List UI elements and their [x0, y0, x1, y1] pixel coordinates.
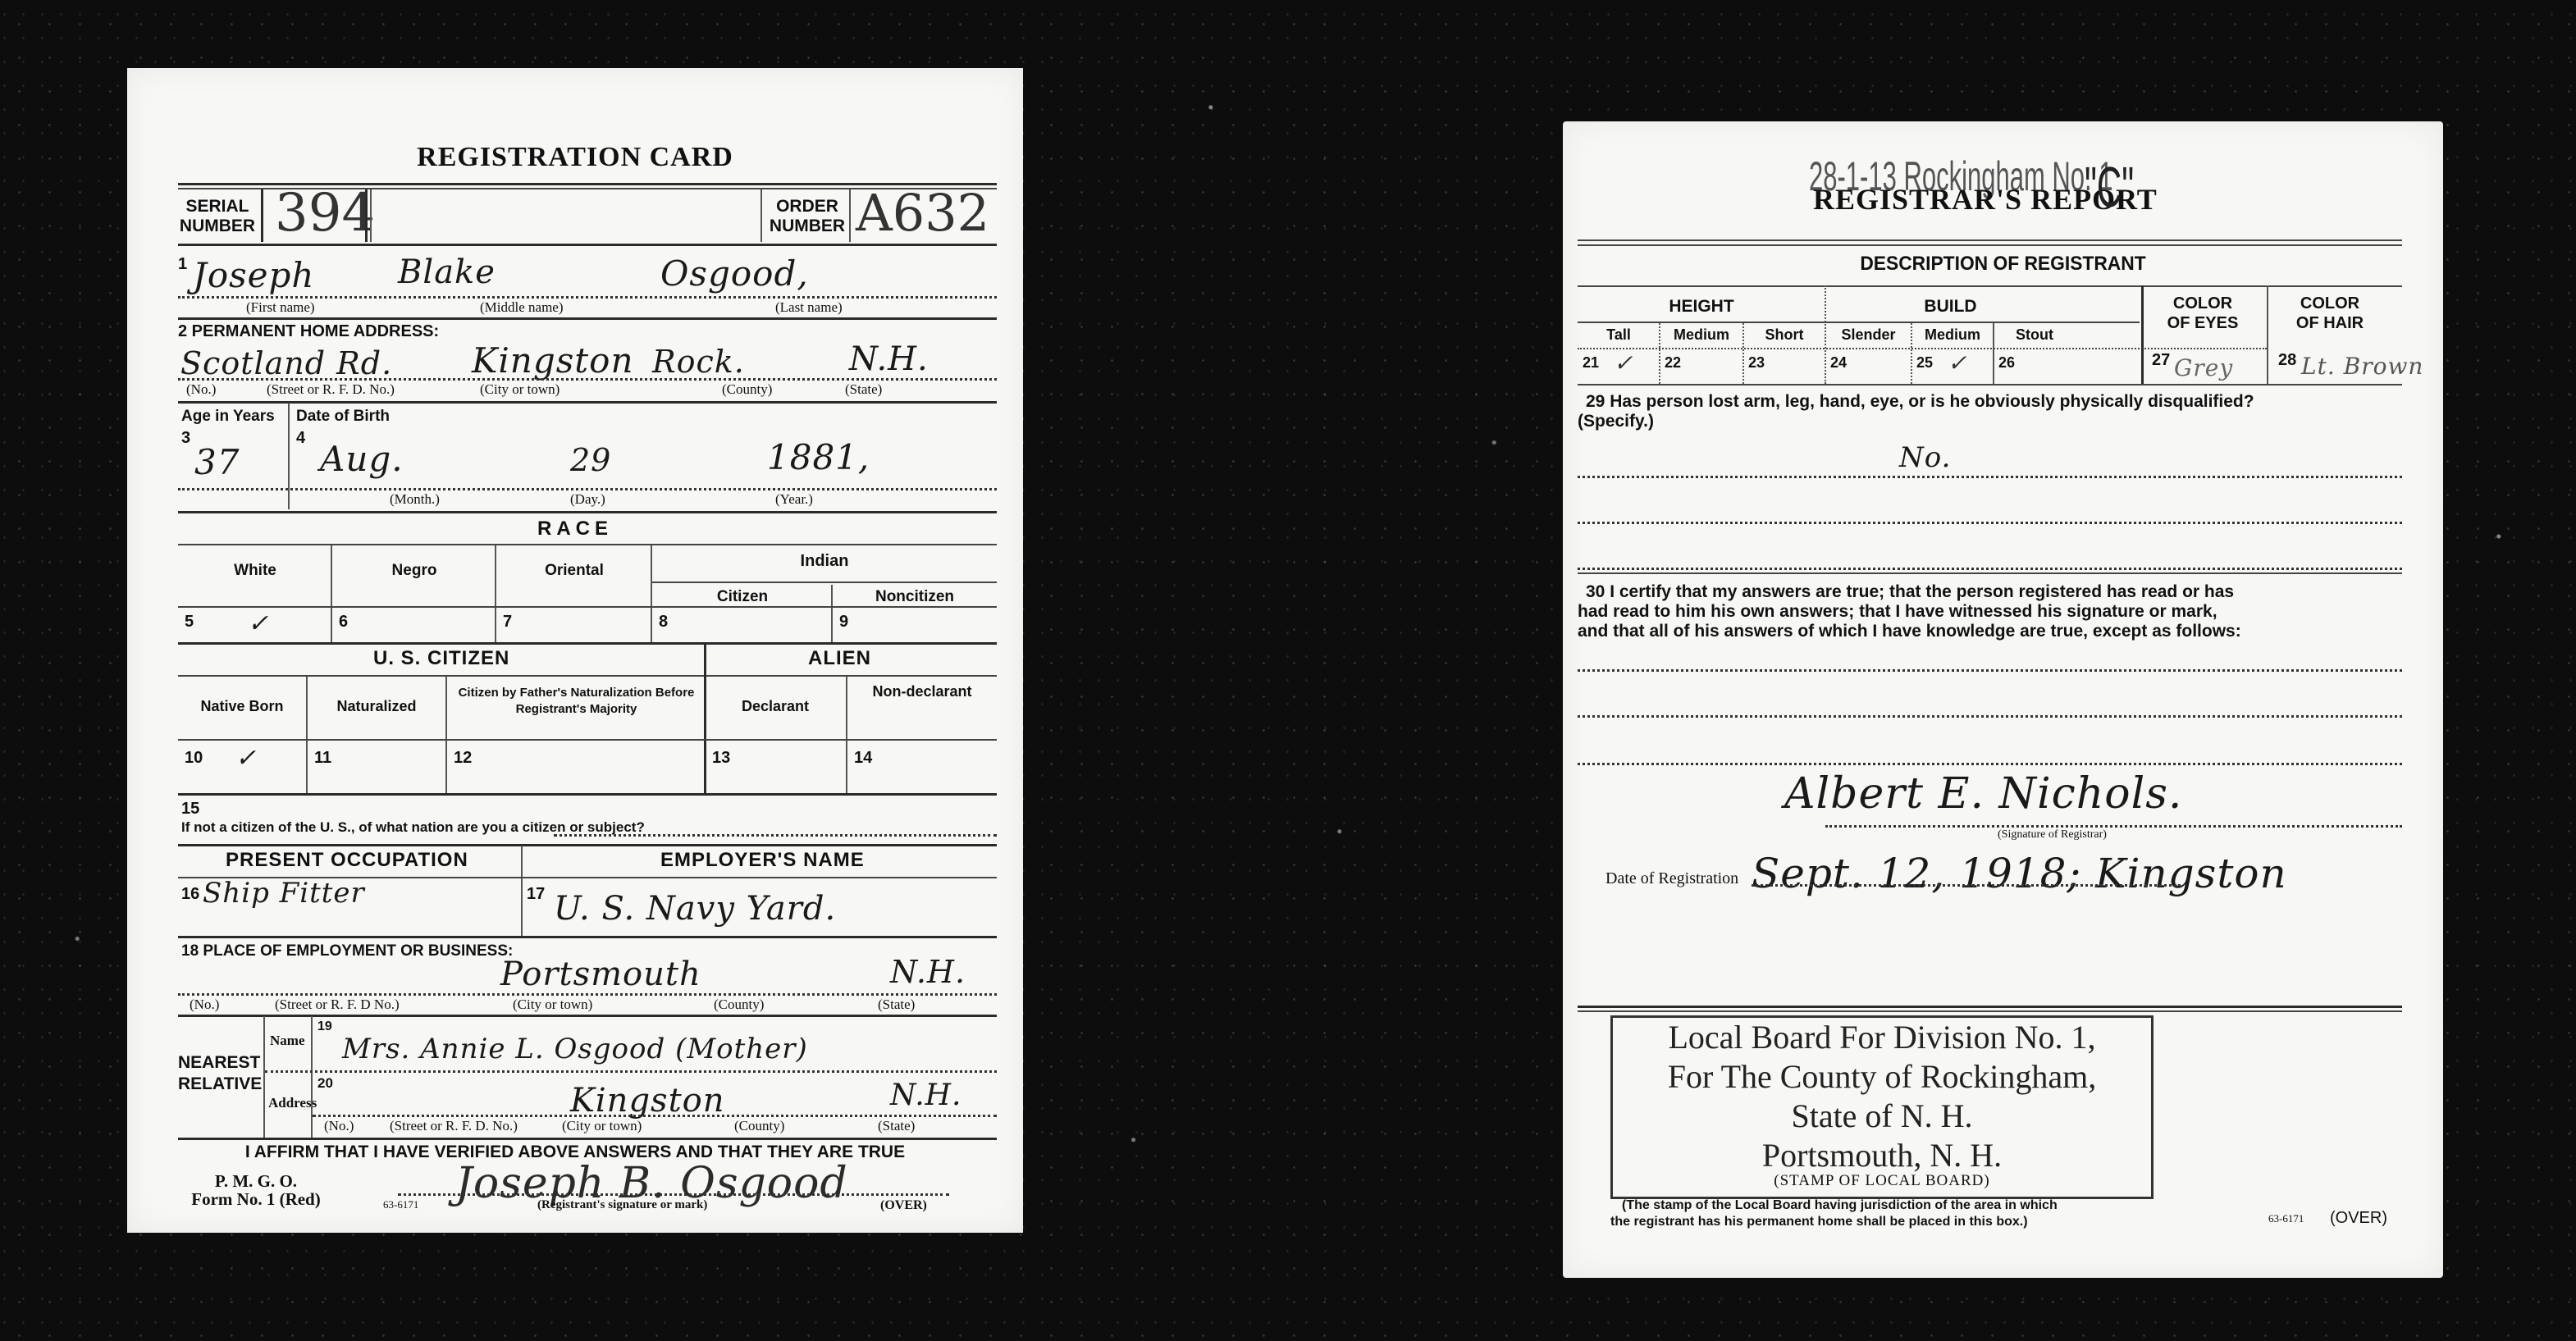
description-column-label: Slender: [1825, 326, 1911, 344]
order-label-1: ORDER: [767, 197, 847, 217]
height-title: HEIGHT: [1578, 297, 1825, 317]
serial-label-2: NUMBER: [178, 217, 257, 236]
field-number: 22: [1665, 354, 1681, 372]
registrar-signature: Albert E. Nichols.: [1784, 769, 2182, 819]
local-board-stamp: Local Board For Division No. 1, For The …: [1610, 1015, 2154, 1199]
stamp-line: Local Board For Division No. 1,: [1613, 1018, 2151, 1056]
emp-state-label: (State): [878, 997, 915, 1013]
field-number: 6: [339, 613, 348, 632]
q30-line-2: had read to him his own answers; that I …: [1578, 602, 2241, 622]
relative-state: N.H.: [890, 1079, 961, 1112]
field-number: 5: [185, 613, 194, 632]
stamp-line: State of N. H.: [1613, 1097, 2151, 1135]
employment-place-label: 18 PLACE OF EMPLOYMENT OR BUSINESS:: [181, 942, 513, 960]
rel-city-label: (City or town): [562, 1118, 642, 1134]
registrar-signature-label: (Signature of Registrar): [1998, 828, 2107, 842]
field-number: 9: [839, 613, 848, 632]
description-column-label: Medium: [1911, 326, 1994, 344]
footnote-line-2: the registrant has his permanent home sh…: [1610, 1214, 2058, 1230]
citizenship-column-label: Citizen by Father's Naturalization Befor…: [447, 685, 706, 718]
hair-title-2: OF HAIR: [2268, 313, 2391, 333]
first-name-label: (First name): [246, 299, 315, 316]
home-city: Kingston: [472, 340, 634, 381]
description-column-label: Medium: [1660, 326, 1743, 344]
alien-title: ALIEN: [808, 647, 871, 670]
hair-title-1: COLOR: [2268, 294, 2391, 313]
field-number: 14: [854, 749, 872, 768]
eyes-title-1: COLOR: [2141, 294, 2264, 313]
field-number: 16: [181, 885, 199, 904]
description-column-label: Tall: [1578, 326, 1660, 344]
addr-no-label: (No.): [186, 381, 216, 398]
middle-name: Blake: [398, 253, 496, 291]
q29-text: 29 Has person lost arm, leg, hand, eye, …: [1586, 392, 2254, 412]
age-value: 37: [194, 442, 240, 482]
middle-name-label: (Middle name): [480, 299, 564, 316]
stamp-letter: "C": [2085, 154, 2134, 220]
home-state: N.H.: [849, 340, 929, 378]
field-number: 25: [1916, 354, 1933, 372]
occupation-value: Ship Fitter: [203, 877, 365, 910]
employment-state: N.H.: [890, 954, 966, 990]
home-county: Rock.: [652, 344, 745, 380]
registration-card: REGISTRATION CARD SERIAL NUMBER 394 ORDE…: [127, 68, 1023, 1233]
dob-year-label: (Year.): [775, 491, 813, 508]
indian-label: Indian: [652, 552, 997, 571]
order-number: A632: [856, 183, 989, 243]
dob-year: 1881,: [767, 437, 870, 477]
stamp-caption: (STAMP OF LOCAL BOARD): [1613, 1172, 2151, 1190]
form-code: 63-6171: [2268, 1212, 2304, 1225]
citizen-title: U. S. CITIZEN: [373, 647, 509, 670]
field-number: 13: [712, 749, 730, 768]
relative-name-label: Name: [270, 1033, 304, 1049]
addr-county-label: (County): [722, 381, 772, 398]
field-number: 15: [181, 800, 199, 819]
form-line-2: Form No. 1 (Red): [178, 1190, 334, 1208]
citizenship-column-label: Native Born: [178, 698, 306, 714]
race-column-label: Oriental: [496, 562, 652, 580]
field-number: 4: [296, 429, 305, 448]
race-column-label: Negro: [332, 562, 496, 580]
field-number: 21: [1583, 354, 1599, 372]
citizen-of-nation-label: If not a citizen of the U. S., of what n…: [181, 819, 645, 836]
first-name: Joseph: [193, 255, 314, 295]
stamp-line: Portsmouth, N. H.: [1613, 1136, 2151, 1175]
field-number: 12: [454, 749, 472, 768]
over-label: (OVER): [2330, 1209, 2387, 1228]
field-number: 24: [1830, 354, 1847, 372]
checkmark-icon: ✓: [235, 744, 257, 773]
form-code: 63-6171: [383, 1198, 418, 1211]
addr-street-label: (Street or R. F. D. No.): [267, 381, 395, 398]
field-number: 10: [185, 749, 203, 768]
hair-color: Lt. Brown: [2301, 353, 2423, 380]
field-number: 1: [178, 255, 187, 274]
race-column-label: Noncitizen: [833, 588, 997, 606]
citizenship-column-label: Declarant: [706, 698, 845, 714]
last-name-label: (Last name): [775, 299, 843, 316]
race-column-label: White: [178, 562, 332, 580]
home-address-label: 2 PERMANENT HOME ADDRESS:: [178, 322, 439, 341]
rel-state-label: (State): [878, 1118, 915, 1134]
q29-answer: No.: [1899, 441, 1951, 474]
addr-city-label: (City or town): [480, 381, 560, 398]
card-title: REGISTRATION CARD: [127, 142, 1023, 173]
date-of-registration-label: Date of Registration: [1605, 869, 1738, 888]
field-number: 8: [659, 613, 668, 632]
checkmark-icon: ✓: [1614, 349, 1633, 376]
employer-title: EMPLOYER'S NAME: [660, 849, 865, 872]
employer-value: U. S. Navy Yard.: [554, 890, 836, 928]
emp-no-label: (No.): [190, 997, 219, 1013]
serial-number: 394: [275, 183, 375, 244]
emp-county-label: (County): [714, 997, 764, 1013]
relative-name: Mrs. Annie L. Osgood (Mother): [342, 1033, 808, 1065]
build-title: BUILD: [1825, 297, 2076, 317]
race-title: RACE: [127, 518, 1023, 541]
field-number: 7: [503, 613, 512, 632]
nearest-relative-label-2: RELATIVE: [178, 1074, 260, 1095]
description-column-label: Stout: [1994, 326, 2076, 344]
employment-city: Portsmouth: [500, 956, 701, 993]
field-number: 17: [527, 885, 545, 904]
emp-street-label: (Street or R. F. D No.): [275, 997, 400, 1013]
stamp-line: For The County of Rockingham,: [1613, 1057, 2151, 1096]
field-number: 19: [317, 1019, 332, 1034]
description-column-label: Short: [1743, 326, 1825, 344]
rel-street-label: (Street or R. F. D. No.): [390, 1118, 518, 1134]
dob-day: 29: [570, 442, 611, 478]
citizenship-column-label: Non-declarant: [847, 683, 997, 700]
citizenship-column-label: Naturalized: [308, 698, 445, 714]
signature-label: (Registrant's signature or mark): [537, 1198, 707, 1212]
dob-month: Aug.: [320, 439, 404, 479]
field-number: 3: [181, 429, 190, 448]
field-number: 20: [317, 1075, 333, 1092]
q30-line-3: and that all of his answers of which I h…: [1578, 622, 2241, 641]
dob-label: Date of Birth: [296, 408, 390, 426]
q30-line-1: 30 I certify that my answers are true; t…: [1586, 582, 2241, 602]
rel-no-label: (No.): [324, 1118, 354, 1134]
dob-day-label: (Day.): [570, 491, 605, 508]
checkmark-icon: ✓: [1948, 349, 1967, 376]
occupation-title: PRESENT OCCUPATION: [226, 849, 468, 872]
eyes-title-2: OF EYES: [2141, 313, 2264, 333]
description-title: DESCRIPTION OF REGISTRANT: [1585, 253, 2421, 276]
addr-state-label: (State): [845, 381, 882, 398]
emp-city-label: (City or town): [513, 997, 592, 1013]
home-street: Scotland Rd.: [180, 345, 392, 381]
race-column-label: Citizen: [652, 588, 833, 606]
checkmark-icon: ✓: [248, 609, 269, 638]
dob-month-label: (Month.): [390, 491, 440, 508]
date-of-registration: Sept. 12, 1918; Kingston: [1752, 850, 2287, 897]
footnote-line-1: (The stamp of the Local Board having jur…: [1622, 1197, 2058, 1214]
field-number: 26: [1998, 354, 2015, 372]
relative-address-label: Address: [268, 1095, 317, 1111]
form-line-1: P. M. G. O.: [178, 1172, 334, 1190]
field-number: 27: [2152, 351, 2170, 370]
rel-county-label: (County): [734, 1118, 784, 1134]
age-label: Age in Years: [181, 408, 275, 426]
field-number: 23: [1748, 354, 1765, 372]
serial-label-1: SERIAL: [178, 197, 257, 217]
registrars-report-card: 28-1-13 Rockingham No. 1 REGISTRAR'S REP…: [1563, 121, 2443, 1278]
last-name: Osgood,: [660, 253, 809, 294]
field-number: 11: [314, 749, 331, 768]
nearest-relative-label-1: NEAREST: [178, 1052, 260, 1074]
q29-specify: (Specify.): [1578, 412, 1654, 431]
field-number: 28: [2278, 351, 2296, 370]
eye-color: Grey: [2174, 354, 2233, 381]
over-label: (OVER): [880, 1198, 927, 1213]
order-label-2: NUMBER: [767, 217, 847, 236]
